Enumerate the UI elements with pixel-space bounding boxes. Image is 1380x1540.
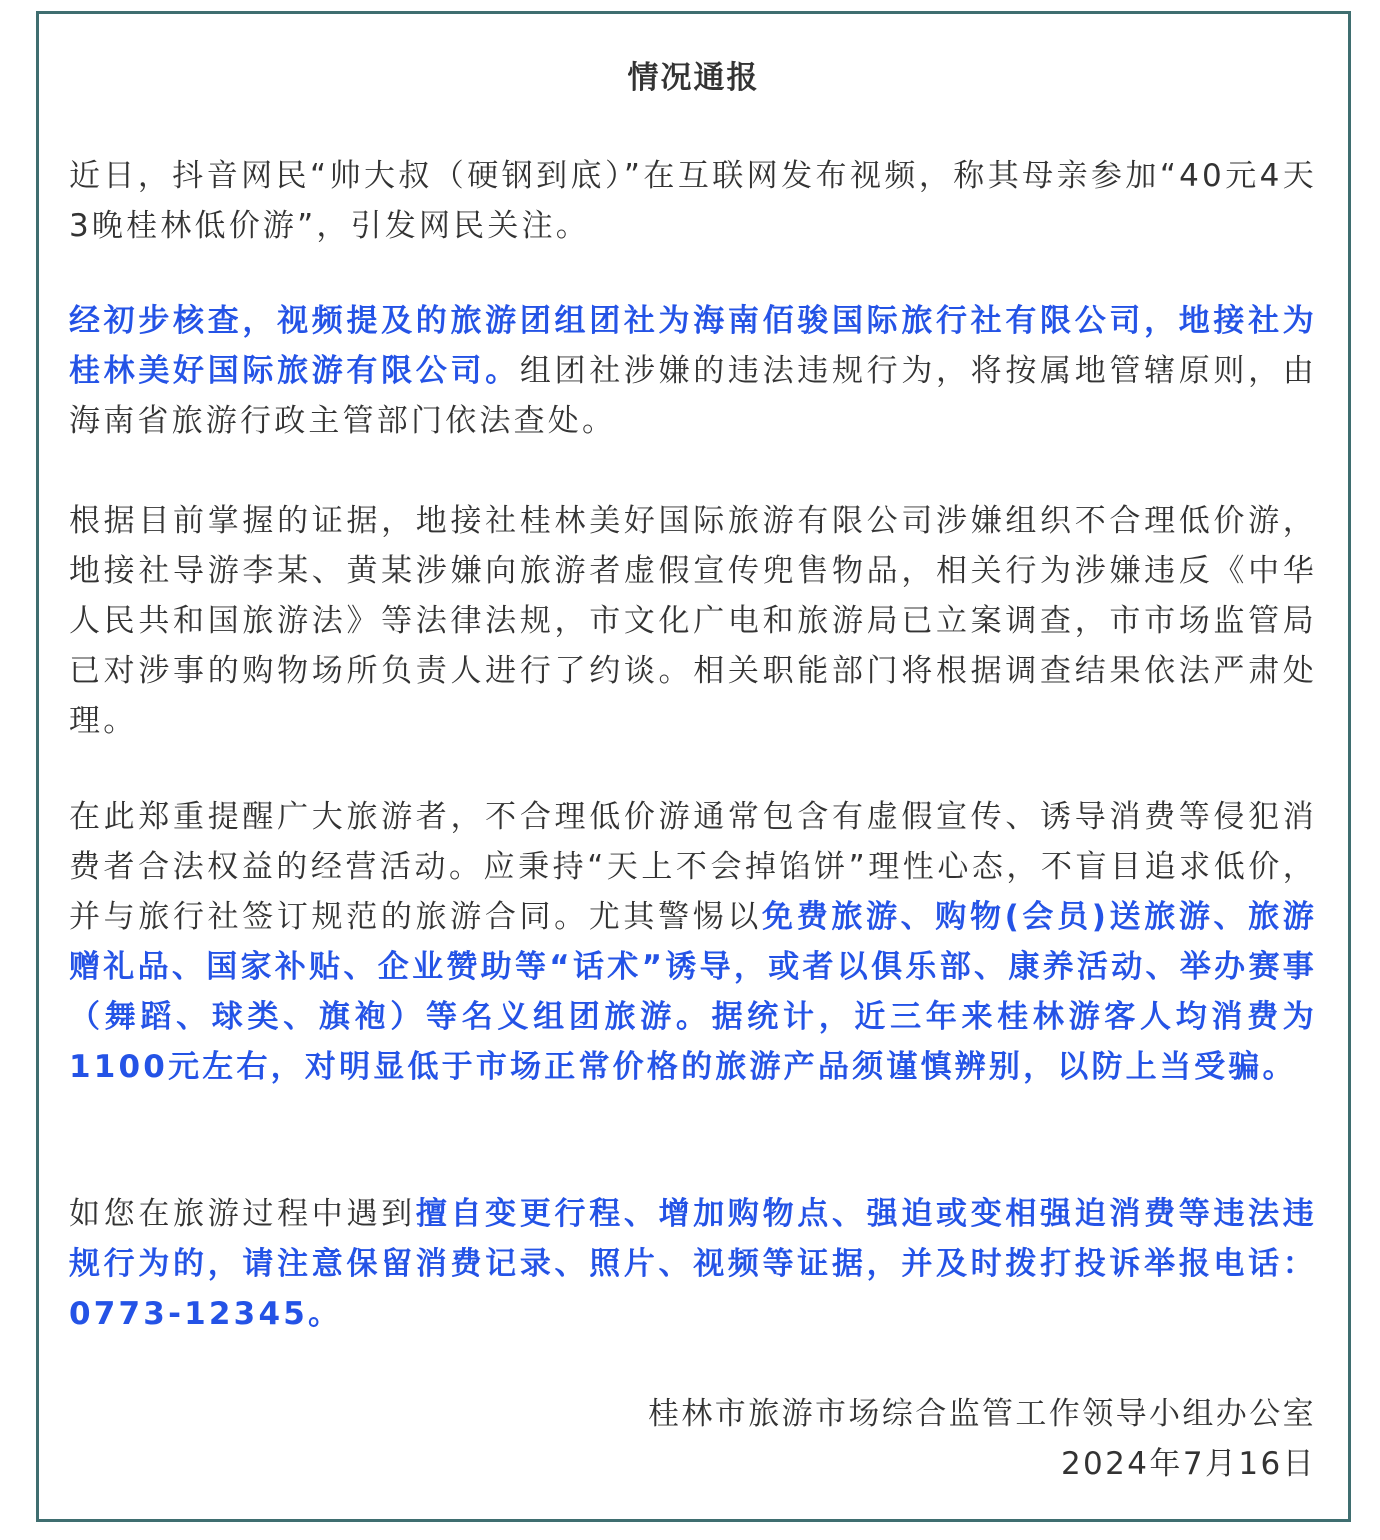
- notice-frame: 情况通报 近日，抖音网民“帅大叔（硬钢到底）”在互联网发布视频，称其母亲参加“4…: [36, 11, 1351, 1522]
- paragraph-2: 经初步核查，视频提及的旅游团组团社为海南佰骏国际旅行社有限公司，地接社为桂林美好…: [69, 296, 1317, 446]
- paragraph-1: 近日，抖音网民“帅大叔（硬钢到底）”在互联网发布视频，称其母亲参加“40元4天3…: [69, 151, 1317, 251]
- paragraph-5-text: 如您在旅游过程中遇到: [69, 1196, 416, 1232]
- issuer-name: 桂林市旅游市场综合监管工作领导小组办公室: [648, 1389, 1316, 1439]
- paragraph-4: 在此郑重提醒广大旅游者，不合理低价游通常包含有虚假宣传、诱导消费等侵犯消费者合法…: [69, 792, 1317, 1092]
- paragraph-5: 如您在旅游过程中遇到擅自变更行程、增加购物点、强迫或变相强迫消费等违法违规行为的…: [69, 1189, 1317, 1339]
- paragraph-3: 根据目前掌握的证据，地接社桂林美好国际旅游有限公司涉嫌组织不合理低价游，地接社导…: [69, 496, 1317, 746]
- issue-date: 2024年7月16日: [1061, 1439, 1316, 1489]
- notice-title: 情况通报: [39, 52, 1348, 97]
- paragraph-1-text: 近日，抖音网民“帅大叔（硬钢到底）”在互联网发布视频，称其母亲参加“40元4天3…: [69, 158, 1317, 244]
- paragraph-3-text: 根据目前掌握的证据，地接社桂林美好国际旅游有限公司涉嫌组织不合理低价游，地接社导…: [69, 503, 1317, 739]
